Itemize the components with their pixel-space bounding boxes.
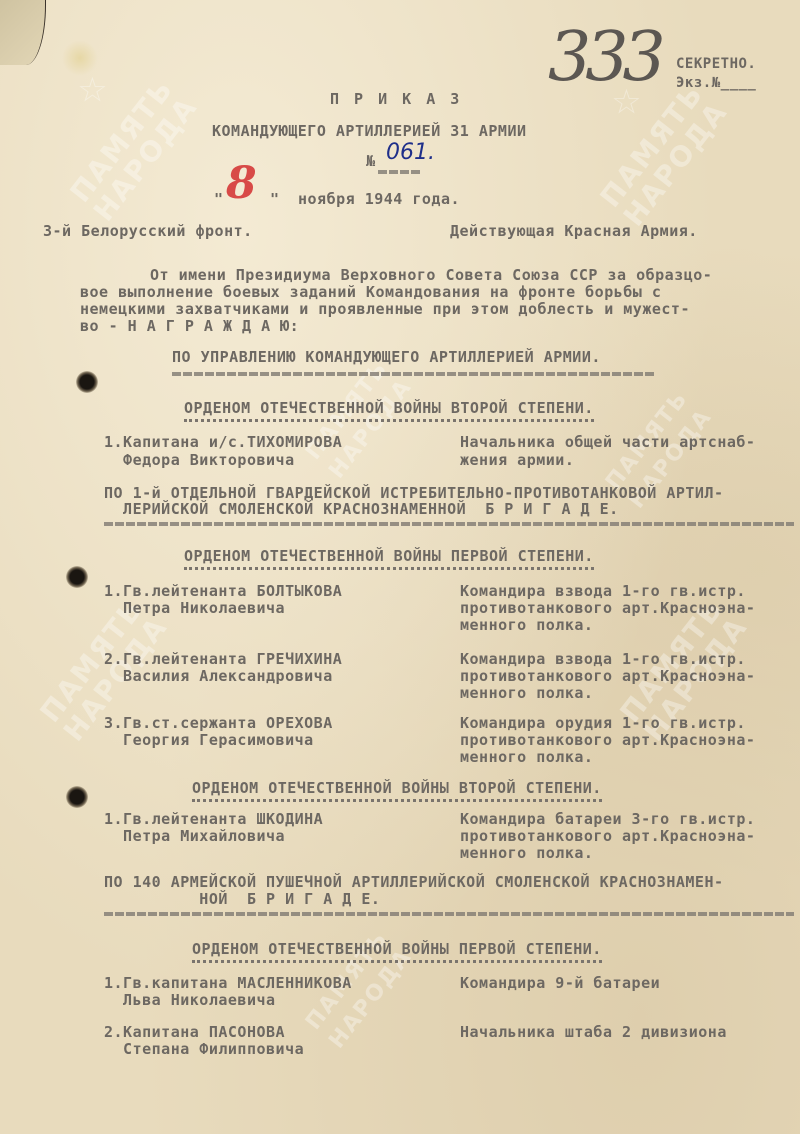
- recipient-position: противотанкового арт.Красноэна-: [460, 827, 755, 845]
- date-quote-open: ": [214, 190, 224, 208]
- handwritten-number: 333: [548, 18, 660, 97]
- recipient-name: 2.Капитана ПАСОНОВА: [104, 1023, 285, 1041]
- recipient-position: противотанкового арт.Красноэна-: [460, 667, 755, 685]
- recipient-name: Федора Викторовича: [104, 451, 295, 469]
- recipient-position: Начальника общей части артснаб-: [460, 433, 755, 451]
- dotted-line: [378, 170, 422, 174]
- document-page: ☆ ПАМЯТЬНАРОДА ☆ ПАМЯТЬНАРОДА ПАМЯТЬНАРО…: [0, 0, 800, 1134]
- preamble-line: во - Н А Г Р А Ж Д А Ю:: [80, 317, 299, 335]
- preamble-line: немецкими захватчиками и проявленные при…: [80, 300, 690, 318]
- award-heading: ОРДЕНОМ ОТЕЧЕСТВЕННОЙ ВОЙНЫ ВТОРОЙ СТЕПЕ…: [184, 399, 594, 417]
- preamble-line: вое выполнение боевых заданий Командован…: [80, 283, 661, 301]
- recipient-name: 1.Капитана и/с.ТИХОМИРОВА: [104, 433, 342, 451]
- copy-label: Экз.№____: [676, 75, 756, 91]
- date-quote-close: ": [270, 190, 280, 208]
- document-subtitle: КОМАНДУЮЩЕГО АРТИЛЛЕРИЕЙ 31 АРМИИ: [212, 122, 527, 140]
- document-title: П Р И К А З: [330, 90, 462, 108]
- order-number-prefix: №: [366, 152, 376, 170]
- recipient-name: Льва Николаевича: [104, 991, 276, 1009]
- recipient-position: менного полка.: [460, 616, 593, 634]
- recipient-name: Георгия Герасимовича: [104, 731, 314, 749]
- dashed-rule: [104, 912, 794, 916]
- recipient-position: Командира орудия 1-го гв.истр.: [460, 714, 746, 732]
- recipient-name: 1.Гв.лейтенанта ШКОДИНА: [104, 810, 323, 828]
- unit-heading: ПО 140 АРМЕЙСКОЙ ПУШЕЧНОЙ АРТИЛЛЕРИЙСКОЙ…: [104, 873, 724, 891]
- punch-hole: [76, 371, 98, 393]
- award-heading: ОРДЕНОМ ОТЕЧЕСТВЕННОЙ ВОЙНЫ ВТОРОЙ СТЕПЕ…: [192, 779, 602, 797]
- preamble-line: От имени Президиума Верховного Совета Со…: [150, 266, 712, 284]
- recipient-position: противотанкового арт.Красноэна-: [460, 599, 755, 617]
- dashed-rule: [172, 372, 656, 376]
- recipient-position: Командира взвода 1-го гв.истр.: [460, 582, 746, 600]
- recipient-position: менного полка.: [460, 844, 593, 862]
- unit-heading: НОЙ Б Р И Г А Д Е.: [104, 890, 380, 908]
- recipient-name: 1.Гв.капитана МАСЛЕННИКОВА: [104, 974, 352, 992]
- unit-heading: ЛЕРИЙСКОЙ СМОЛЕНСКОЙ КРАСНОЗНАМЕННОЙ Б Р…: [104, 500, 619, 518]
- recipient-position: менного полка.: [460, 684, 593, 702]
- date-day: 8: [226, 158, 257, 209]
- recipient-name: 2.Гв.лейтенанта ГРЕЧИХИНА: [104, 650, 342, 668]
- recipient-position: противотанкового арт.Красноэна-: [460, 731, 755, 749]
- army-name: Действующая Красная Армия.: [450, 222, 698, 240]
- recipient-name: Петра Михайловича: [104, 827, 285, 845]
- punch-hole: [66, 566, 88, 588]
- recipient-name: Степана Филипповича: [104, 1040, 304, 1058]
- recipient-name: 1.Гв.лейтенанта БОЛТЫКОВА: [104, 582, 342, 600]
- recipient-position: Командира батареи 3-го гв.истр.: [460, 810, 755, 828]
- dashed-rule: [104, 522, 794, 526]
- award-heading: ОРДЕНОМ ОТЕЧЕСТВЕННОЙ ВОЙНЫ ПЕРВОЙ СТЕПЕ…: [184, 547, 594, 565]
- recipient-name: 3.Гв.ст.сержанта ОРЕХОВА: [104, 714, 333, 732]
- front-name: 3-й Белорусский фронт.: [43, 222, 253, 240]
- recipient-position: Командира взвода 1-го гв.истр.: [460, 650, 746, 668]
- recipient-position: менного полка.: [460, 748, 593, 766]
- folded-corner: [0, 0, 46, 65]
- watermark-star-icon: ☆: [78, 58, 107, 114]
- date-month-year: ноября 1944 года.: [298, 190, 460, 208]
- recipient-position: Начальника штаба 2 дивизиона: [460, 1023, 727, 1041]
- recipient-name: Василия Александровича: [104, 667, 333, 685]
- recipient-position: Командира 9-й батареи: [460, 974, 660, 992]
- award-heading: ОРДЕНОМ ОТЕЧЕСТВЕННОЙ ВОЙНЫ ПЕРВОЙ СТЕПЕ…: [192, 940, 602, 958]
- section-heading: ПО УПРАВЛЕНИЮ КОМАНДУЮЩЕГО АРТИЛЛЕРИЕЙ А…: [172, 348, 601, 366]
- punch-hole: [66, 786, 88, 808]
- classification-stamp: СЕКРЕТНО.: [676, 56, 756, 72]
- recipient-name: Петра Николаевича: [104, 599, 285, 617]
- recipient-position: жения армии.: [460, 451, 574, 469]
- order-number: 061.: [386, 140, 435, 165]
